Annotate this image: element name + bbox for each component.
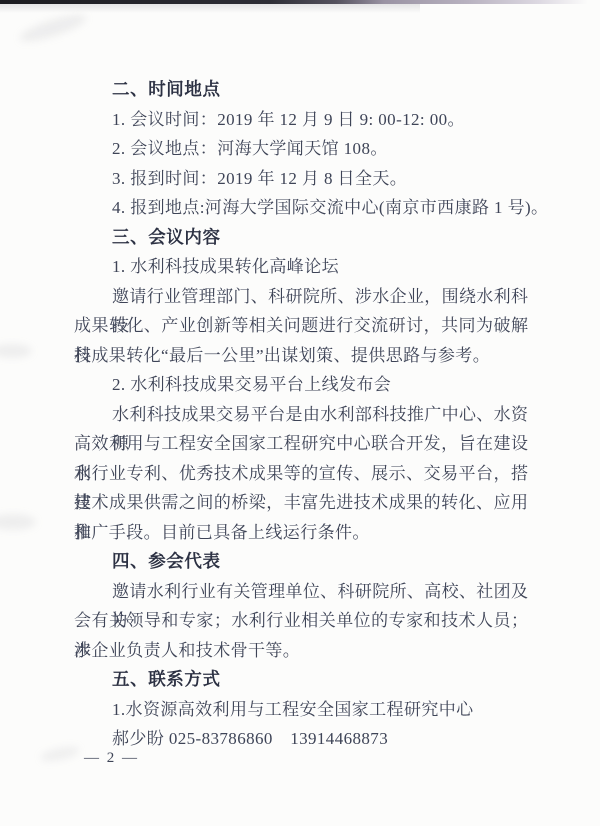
text-line: 技成果转化“最后一公里”出谋划策、提供思路与参考。 (74, 341, 600, 371)
section-heading: 四、参会代表 (112, 547, 600, 577)
text-line: 会有关领导和专家；水利行业相关单位的专家和技术人员；涉 (74, 606, 528, 636)
section-heading: 二、时间地点 (112, 75, 600, 105)
text-line: 2. 会议地点：河海大学闻天馆 108。 (112, 134, 600, 164)
text-line: 利行业专利、优秀技术成果等的宣传、展示、交易平台，搭建 (74, 459, 528, 489)
text-line: 技术成果供需之间的桥梁，丰富先进技术成果的转化、应用和 (74, 488, 528, 518)
text-line: 水企业负责人和技术骨干等。 (74, 636, 600, 666)
section-heading: 三、会议内容 (112, 223, 600, 253)
scanner-artifact-shadow (0, 4, 420, 13)
scanned-document-page: 二、时间地点1. 会议时间：2019 年 12 月 9 日 9: 00-12: … (0, 0, 600, 826)
text-line: 邀请行业管理部门、科研院所、涉水企业，围绕水利科技 (112, 282, 528, 312)
text-line: 水利科技成果交易平台是由水利部科技推广中心、水资源 (112, 400, 528, 430)
text-line: 高效利用与工程安全国家工程研究中心联合开发，旨在建设水 (74, 429, 528, 459)
text-line: 1. 水利科技成果转化高峰论坛 (112, 252, 600, 282)
text-line: 1.水资源高效利用与工程安全国家工程研究中心 (112, 695, 600, 725)
text-line: 1. 会议时间：2019 年 12 月 9 日 9: 00-12: 00。 (112, 105, 600, 135)
text-line: 4. 报到地点:河海大学国际交流中心(南京市西康路 1 号)。 (112, 193, 600, 223)
text-line: 推广手段。目前已具备上线运行条件。 (74, 518, 600, 548)
text-line: 成果转化、产业创新等相关问题进行交流研讨，共同为破解科 (74, 311, 528, 341)
text-line: 邀请水利行业有关管理单位、科研院所、高校、社团及协 (112, 577, 528, 607)
section-heading: 五、联系方式 (112, 665, 600, 695)
scan-smudge (17, 10, 89, 47)
document-body: 二、时间地点1. 会议时间：2019 年 12 月 9 日 9: 00-12: … (0, 75, 600, 770)
text-line: 3. 报到时间：2019 年 12 月 8 日全天。 (112, 164, 600, 194)
text-lines: 二、时间地点1. 会议时间：2019 年 12 月 9 日 9: 00-12: … (0, 75, 600, 754)
text-line: 2. 水利科技成果交易平台上线发布会 (112, 370, 600, 400)
